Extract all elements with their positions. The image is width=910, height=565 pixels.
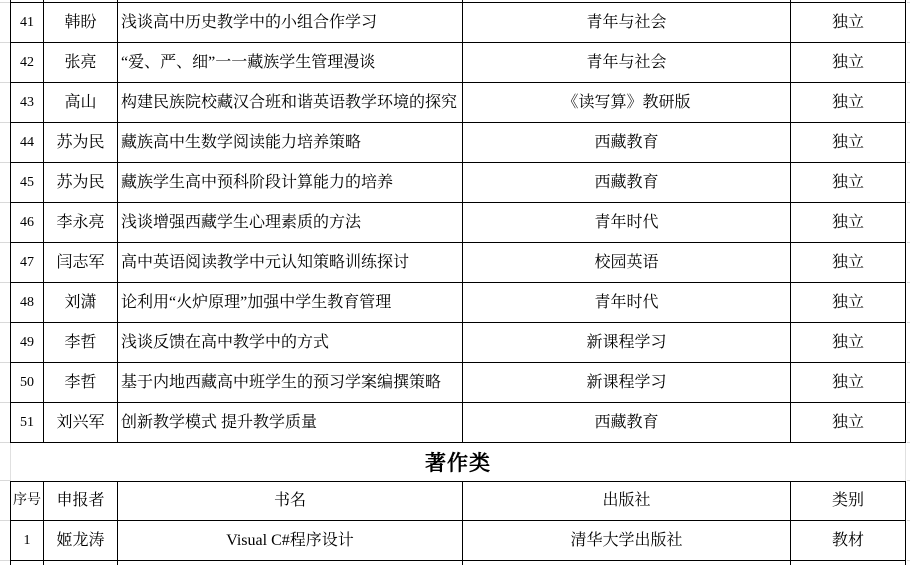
gridline-tick (0, 560, 10, 561)
paper-table-row: 49 李哲 浅谈反馈在高中教学中的方式 新课程学习 独立 (11, 323, 905, 363)
applicant-name: 刘兴军 (44, 403, 118, 442)
paper-title: 创新教学模式 提升教学质量 (118, 403, 463, 442)
gridline-tick (0, 480, 10, 481)
gridline-tick (0, 442, 10, 443)
paper-title: 论利用“火炉原理”加强中学生教育管理 (118, 283, 463, 322)
paper-title: 浅谈反馈在高中教学中的方式 (118, 323, 463, 362)
paper-table-row: 44 苏为民 藏族高中生数学阅读能力培养策略 西藏教育 独立 (11, 123, 905, 163)
applicant-name: 姬龙涛 (44, 521, 118, 560)
category-label: 独立 (791, 363, 905, 402)
paper-table-row: 46 李永亮 浅谈增强西藏学生心理素质的方法 青年时代 独立 (11, 203, 905, 243)
paper-table-row: 50 李哲 基于内地西藏高中班学生的预习学案编撰策略 新课程学习 独立 (11, 363, 905, 403)
journal-name: 青年时代 (463, 203, 791, 242)
gridline-tick (0, 2, 10, 3)
row-number: 50 (11, 363, 44, 402)
books-table: 序号 申报者 书名 出版社 类别 1 姬龙涛 Visual C#程序设计 清华大… (10, 481, 906, 565)
journal-name: 西藏教育 (463, 403, 791, 442)
paper-table-row: 48 刘潇 论利用“火炉原理”加强中学生教育管理 青年时代 独立 (11, 283, 905, 323)
column-border-stub (11, 561, 44, 565)
category-label: 独立 (791, 203, 905, 242)
applicant-name: 李哲 (44, 363, 118, 402)
applicant-name: 刘潇 (44, 283, 118, 322)
applicant-name: 闫志军 (44, 243, 118, 282)
column-border-stub (463, 561, 791, 565)
paper-title: 浅谈增强西藏学生心理素质的方法 (118, 203, 463, 242)
section-title-books: 著作类 (10, 443, 906, 481)
book-title: Visual C#程序设计 (118, 521, 463, 560)
journal-name: 青年时代 (463, 283, 791, 322)
row-number: 44 (11, 123, 44, 162)
column-border-stub (791, 561, 905, 565)
journal-name: 校园英语 (463, 243, 791, 282)
section-title-text: 著作类 (425, 447, 491, 477)
row-number: 51 (11, 403, 44, 442)
paper-title: 构建民族院校藏汉合班和谐英语教学环境的探究 (118, 83, 463, 122)
category-label: 独立 (791, 163, 905, 202)
papers-table: 41 韩盼 浅谈高中历史教学中的小组合作学习 青年与社会 独立 42 张亮 “爱… (10, 2, 906, 443)
publisher-name: 清华大学出版社 (463, 521, 791, 560)
header-applicant: 申报者 (44, 482, 118, 520)
paper-table-row: 41 韩盼 浅谈高中历史教学中的小组合作学习 青年与社会 独立 (11, 3, 905, 43)
next-row-sliver (11, 561, 905, 565)
category-label: 独立 (791, 43, 905, 82)
category-label: 独立 (791, 323, 905, 362)
paper-table-row: 42 张亮 “爱、严、细”一一藏族学生管理漫谈 青年与社会 独立 (11, 43, 905, 83)
applicant-name: 张亮 (44, 43, 118, 82)
journal-name: 《读写算》教研版 (463, 83, 791, 122)
book-table-row: 1 姬龙涛 Visual C#程序设计 清华大学出版社 教材 (11, 521, 905, 561)
row-number: 49 (11, 323, 44, 362)
row-number: 45 (11, 163, 44, 202)
row-number: 41 (11, 3, 44, 42)
paper-table-row: 45 苏为民 藏族学生高中预科阶段计算能力的培养 西藏教育 独立 (11, 163, 905, 203)
journal-name: 青年与社会 (463, 43, 791, 82)
paper-table-row: 51 刘兴军 创新教学模式 提升教学质量 西藏教育 独立 (11, 403, 905, 443)
category-label: 独立 (791, 283, 905, 322)
applicant-name: 韩盼 (44, 3, 118, 42)
row-number: 46 (11, 203, 44, 242)
journal-name: 新课程学习 (463, 363, 791, 402)
category-label: 独立 (791, 123, 905, 162)
journal-name: 青年与社会 (463, 3, 791, 42)
gridline-tick (0, 42, 10, 43)
gridline-tick (0, 162, 10, 163)
category-label: 教材 (791, 521, 905, 560)
journal-name: 新课程学习 (463, 323, 791, 362)
row-number: 42 (11, 43, 44, 82)
applicant-name: 高山 (44, 83, 118, 122)
paper-title: 藏族高中生数学阅读能力培养策略 (118, 123, 463, 162)
row-number: 43 (11, 83, 44, 122)
gridline-tick (0, 82, 10, 83)
gridline-tick (0, 322, 10, 323)
header-book: 书名 (118, 482, 463, 520)
gridline-tick (0, 202, 10, 203)
paper-title: 浅谈高中历史教学中的小组合作学习 (118, 3, 463, 42)
header-category: 类别 (791, 482, 905, 520)
paper-title: 藏族学生高中预科阶段计算能力的培养 (118, 163, 463, 202)
header-no: 序号 (11, 482, 44, 520)
journal-name: 西藏教育 (463, 123, 791, 162)
journal-name: 西藏教育 (463, 163, 791, 202)
row-number: 1 (11, 521, 44, 560)
gridline-tick (0, 122, 10, 123)
column-border-stub (44, 561, 118, 565)
row-number: 47 (11, 243, 44, 282)
paper-title: “爱、严、细”一一藏族学生管理漫谈 (118, 43, 463, 82)
category-label: 独立 (791, 403, 905, 442)
gridline-tick (0, 242, 10, 243)
gridline-tick (0, 520, 10, 521)
books-table-header-row: 序号 申报者 书名 出版社 类别 (11, 482, 905, 521)
column-border-stub (118, 561, 463, 565)
paper-table-row: 47 闫志军 高中英语阅读教学中元认知策略训练探讨 校园英语 独立 (11, 243, 905, 283)
gridline-tick (0, 282, 10, 283)
row-number: 48 (11, 283, 44, 322)
applicant-name: 李哲 (44, 323, 118, 362)
category-label: 独立 (791, 243, 905, 282)
category-label: 独立 (791, 3, 905, 42)
applicant-name: 苏为民 (44, 163, 118, 202)
document-sheet: 41 韩盼 浅谈高中历史教学中的小组合作学习 青年与社会 独立 42 张亮 “爱… (0, 0, 910, 565)
paper-table-row: 43 高山 构建民族院校藏汉合班和谐英语教学环境的探究 《读写算》教研版 独立 (11, 83, 905, 123)
applicant-name: 苏为民 (44, 123, 118, 162)
applicant-name: 李永亮 (44, 203, 118, 242)
paper-title: 高中英语阅读教学中元认知策略训练探讨 (118, 243, 463, 282)
gridline-tick (0, 362, 10, 363)
paper-title: 基于内地西藏高中班学生的预习学案编撰策略 (118, 363, 463, 402)
category-label: 独立 (791, 83, 905, 122)
gridline-tick (0, 402, 10, 403)
header-publisher: 出版社 (463, 482, 791, 520)
